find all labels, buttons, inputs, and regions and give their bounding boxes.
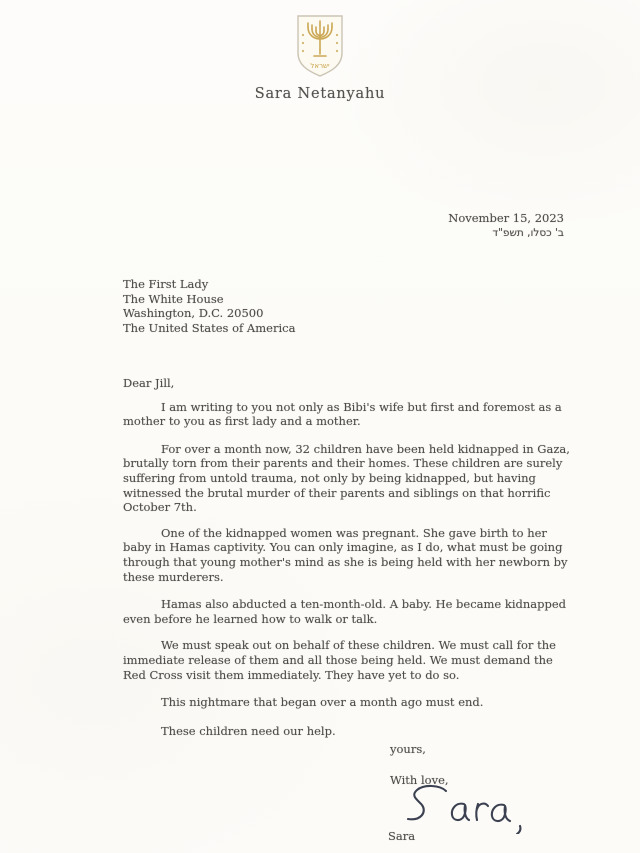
recipient-address: The First Lady The White House Washingto… [123, 277, 295, 335]
recipient-line: Washington, D.C. 20500 [123, 306, 295, 321]
body-paragraph: I am writing to you not only as Bibi's w… [123, 400, 577, 429]
typed-signature-name: Sara [388, 829, 415, 843]
date-block: November 15, 2023 ב' כסלו, תשפ"ד [448, 211, 564, 241]
recipient-line: The First Lady [123, 277, 295, 292]
body-paragraph: Hamas also abducted a ten-month-old. A b… [123, 597, 577, 626]
israel-state-emblem-icon: ישראל [293, 13, 347, 79]
date-hebrew: ב' כסלו, תשפ"ד [448, 226, 564, 241]
recipient-line: The White House [123, 292, 295, 307]
salutation: Dear Jill, [123, 376, 577, 391]
letter-body: Dear Jill, I am writing to you not only … [123, 376, 577, 751]
recipient-line: The United States of America [123, 321, 295, 336]
letter-page: ישראל Sara Netanyahu November 15, 2023 ב… [0, 0, 640, 853]
emblem-hebrew-caption: ישראל [310, 62, 330, 70]
body-paragraph: This nightmare that began over a month a… [123, 695, 577, 710]
date-english: November 15, 2023 [448, 211, 564, 226]
handwritten-signature [402, 782, 532, 834]
body-paragraph: We must speak out on behalf of these chi… [123, 638, 577, 682]
body-paragraph: These children need our help. [123, 724, 577, 739]
closing-block: yours, With love, [390, 742, 449, 787]
letterhead-name: Sara Netanyahu [0, 86, 640, 102]
body-paragraph: For over a month now, 32 children have b… [123, 442, 577, 515]
body-paragraph: One of the kidnapped women was pregnant.… [123, 526, 577, 584]
closing-pre: yours, [390, 742, 449, 756]
